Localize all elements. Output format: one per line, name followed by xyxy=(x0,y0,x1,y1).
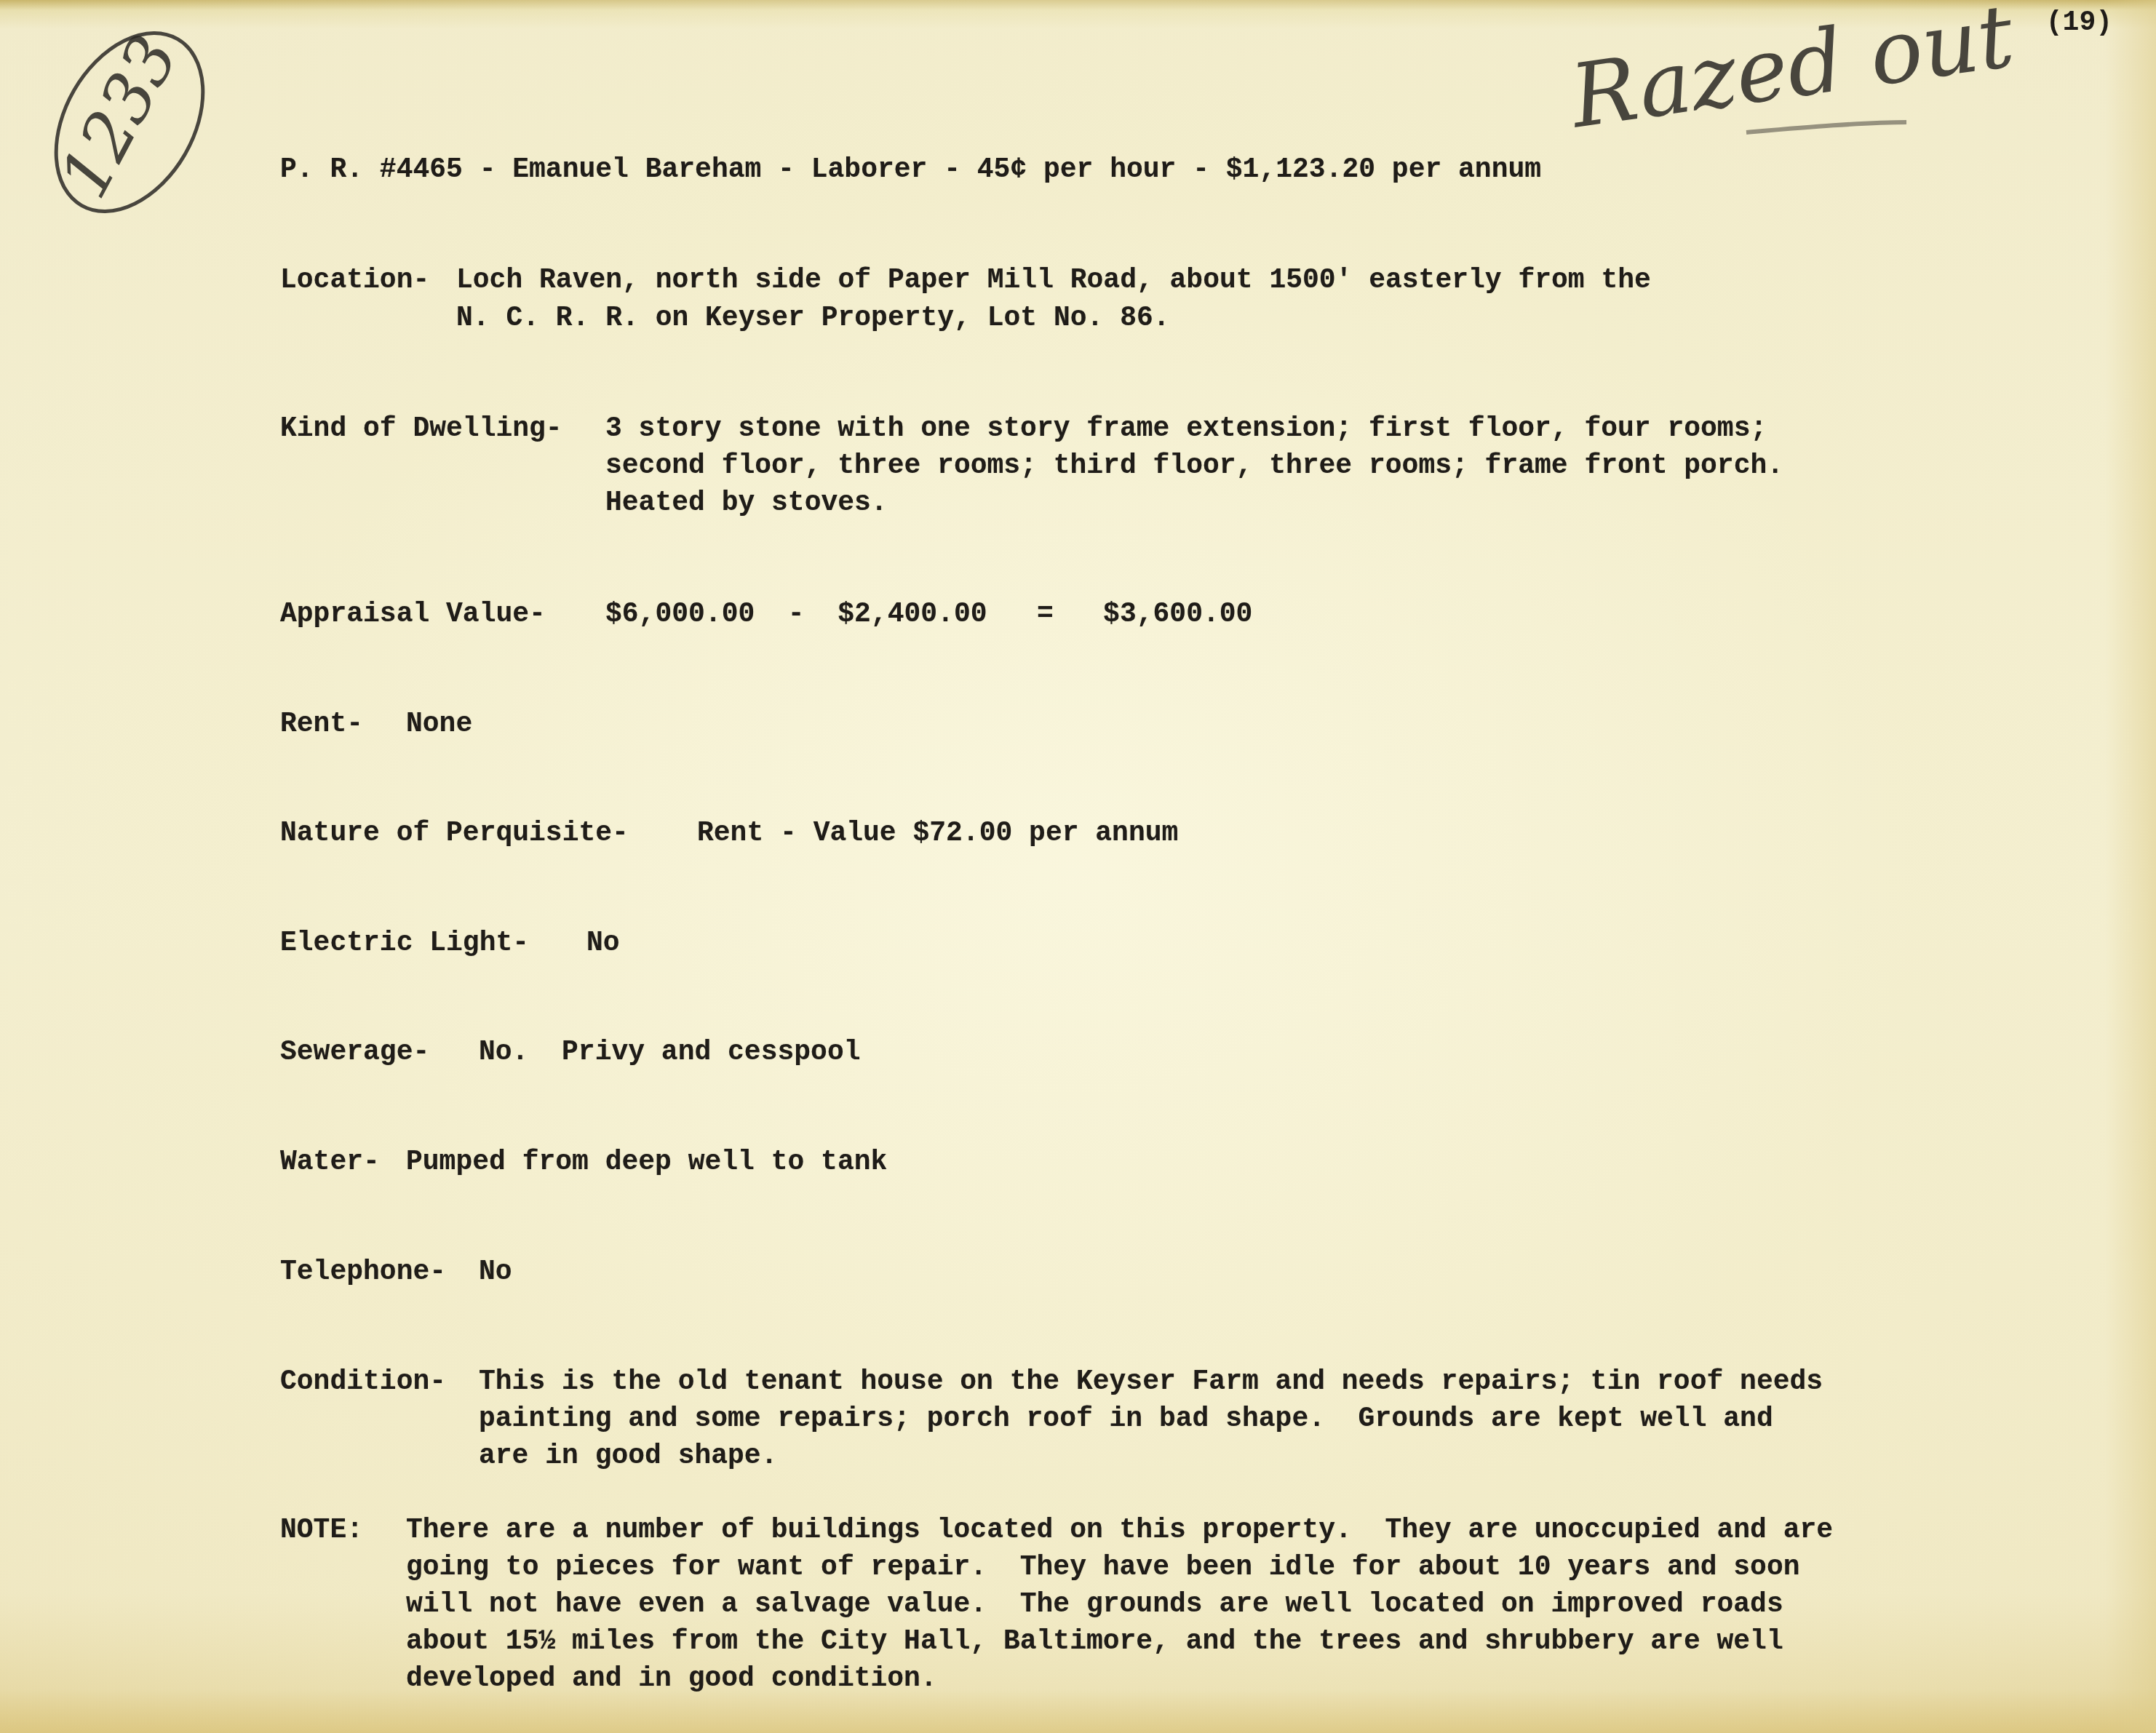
telephone-value: No xyxy=(479,1254,512,1291)
note-line-2: going to pieces for want of repair. They… xyxy=(406,1549,1800,1586)
dwelling-line-1: 3 story stone with one story frame exten… xyxy=(605,410,1767,447)
perquisite-label: Nature of Perquisite- xyxy=(280,815,629,852)
dwelling-label: Kind of Dwelling- xyxy=(280,410,562,447)
header-line: P. R. #4465 - Emanuel Bareham - Laborer … xyxy=(280,151,1541,188)
appraisal-value: $6,000.00 - $2,400.00 = $3,600.00 xyxy=(605,596,1252,633)
page-number: (19) xyxy=(2046,7,2112,39)
water-value: Pumped from deep well to tank xyxy=(406,1144,887,1181)
handwritten-note-text: Razed out xyxy=(1564,0,2021,148)
circled-file-number: 1233 xyxy=(28,13,224,210)
document-page: 1233 Razed out (19) P. R. #4465 - Emanue… xyxy=(0,0,2156,1733)
dwelling-line-3: Heated by stoves. xyxy=(605,485,888,522)
condition-line-1: This is the old tenant house on the Keys… xyxy=(479,1363,1823,1401)
location-label: Location- xyxy=(280,262,429,299)
electric-light-label: Electric Light- xyxy=(280,925,529,962)
note-line-1: There are a number of buildings located … xyxy=(406,1512,1833,1549)
underline-stroke xyxy=(1746,122,1906,132)
sewerage-value: No. Privy and cesspool xyxy=(479,1034,861,1071)
note-line-3: will not have even a salvage value. The … xyxy=(406,1586,1783,1623)
note-line-4: about 15½ miles from the City Hall, Balt… xyxy=(406,1623,1783,1660)
sewerage-label: Sewerage- xyxy=(280,1034,429,1071)
rent-label: Rent- xyxy=(280,706,363,743)
handwritten-note: Razed out xyxy=(1557,0,1965,153)
location-line-2: N. C. R. R. on Keyser Property, Lot No. … xyxy=(456,300,1170,337)
appraisal-label: Appraisal Value- xyxy=(280,596,546,633)
water-label: Water- xyxy=(280,1144,380,1181)
location-line-1: Loch Raven, north side of Paper Mill Roa… xyxy=(456,262,1651,299)
rent-value: None xyxy=(406,706,472,743)
condition-line-2: painting and some repairs; porch roof in… xyxy=(479,1401,1773,1438)
telephone-label: Telephone- xyxy=(280,1254,446,1291)
electric-light-value: No xyxy=(586,925,620,962)
condition-label: Condition- xyxy=(280,1363,446,1401)
note-label: NOTE: xyxy=(280,1512,363,1549)
perquisite-value: Rent - Value $72.00 per annum xyxy=(697,815,1178,852)
dwelling-line-2: second floor, three rooms; third floor, … xyxy=(605,447,1783,485)
note-line-5: developed and in good condition. xyxy=(406,1660,937,1697)
circled-number-text: 1233 xyxy=(44,23,193,210)
condition-line-3: are in good shape. xyxy=(479,1438,777,1475)
